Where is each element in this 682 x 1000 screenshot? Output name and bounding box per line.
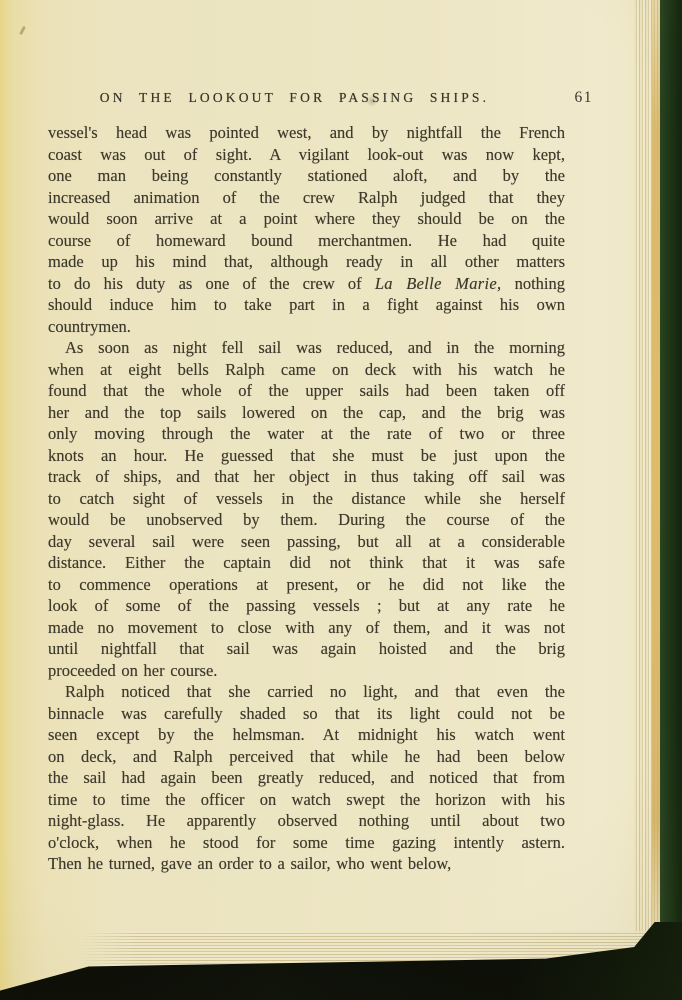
text-line: vessel's head was pointed west, and by n…	[48, 122, 565, 144]
running-header: ON THE LOOKOUT FOR PASSING SHIPS. 61	[48, 90, 565, 108]
text-line: track of ships, and that her object in t…	[48, 466, 565, 488]
text-line: Ralph noticed that she carried no light,…	[48, 681, 565, 703]
text-line: o'clock, when he stood for some time gaz…	[48, 832, 565, 854]
text-line: her and the top sails lowered on the cap…	[48, 402, 565, 424]
page-number: 61	[575, 89, 594, 107]
book-cover-right	[660, 0, 682, 1000]
text-line: proceeded on her course.	[48, 660, 565, 682]
text-line: on deck, and Ralph perceived that while …	[48, 746, 565, 768]
running-header-title: ON THE LOOKOUT FOR PASSING SHIPS.	[36, 90, 553, 106]
text-line: course of homeward bound merchantmen. He…	[48, 230, 565, 252]
text-line: countrymen.	[48, 316, 565, 338]
text-line: would be unobserved by them. During the …	[48, 509, 565, 531]
text-line: binnacle was carefully shaded so that it…	[48, 703, 565, 725]
text-line: distance. Either the captain did not thi…	[48, 552, 565, 574]
text-line: to do his duty as one of the crew of La …	[48, 273, 565, 295]
text-line: to commence operations at present, or he…	[48, 574, 565, 596]
text-line: night-glass. He apparently observed noth…	[48, 810, 565, 832]
paragraph: vessel's head was pointed west, and by n…	[48, 122, 565, 337]
body-text: vessel's head was pointed west, and by n…	[48, 122, 565, 875]
text-line: the sail had again been greatly reduced,…	[48, 767, 565, 789]
text-line: knots an hour. He guessed that she must …	[48, 445, 565, 467]
text-line: coast was out of sight. A vigilant look-…	[48, 144, 565, 166]
text-line: made up his mind that, although ready in…	[48, 251, 565, 273]
text-line: As soon as night fell sail was reduced, …	[48, 337, 565, 359]
text-line: look of some of the passing vessels ; bu…	[48, 595, 565, 617]
text-line: should induce him to take part in a figh…	[48, 294, 565, 316]
text-line: would soon arrive at a point where they …	[48, 208, 565, 230]
text-line: to catch sight of vessels in the distanc…	[48, 488, 565, 510]
paragraph: Ralph noticed that she carried no light,…	[48, 681, 565, 875]
text-line: when at eight bells Ralph came on deck w…	[48, 359, 565, 381]
text-line: only moving through the water at the rat…	[48, 423, 565, 445]
text-line: seen except by the helmsman. At midnight…	[48, 724, 565, 746]
text-line: one man being constantly stationed aloft…	[48, 165, 565, 187]
text-line: day several sail were seen passing, but …	[48, 531, 565, 553]
text-line: Then he turned, gave an order to a sailo…	[48, 853, 565, 875]
text-line: increased animation of the crew Ralph ju…	[48, 187, 565, 209]
text-line: until nightfall that sail was again hois…	[48, 638, 565, 660]
text-line: made no movement to close with any of th…	[48, 617, 565, 639]
book-scan: ON THE LOOKOUT FOR PASSING SHIPS. 61 ves…	[0, 0, 682, 1000]
text-line: time to time the officer on watch swept …	[48, 789, 565, 811]
text-line: found that the whole of the upper sails …	[48, 380, 565, 402]
paragraph: As soon as night fell sail was reduced, …	[48, 337, 565, 681]
